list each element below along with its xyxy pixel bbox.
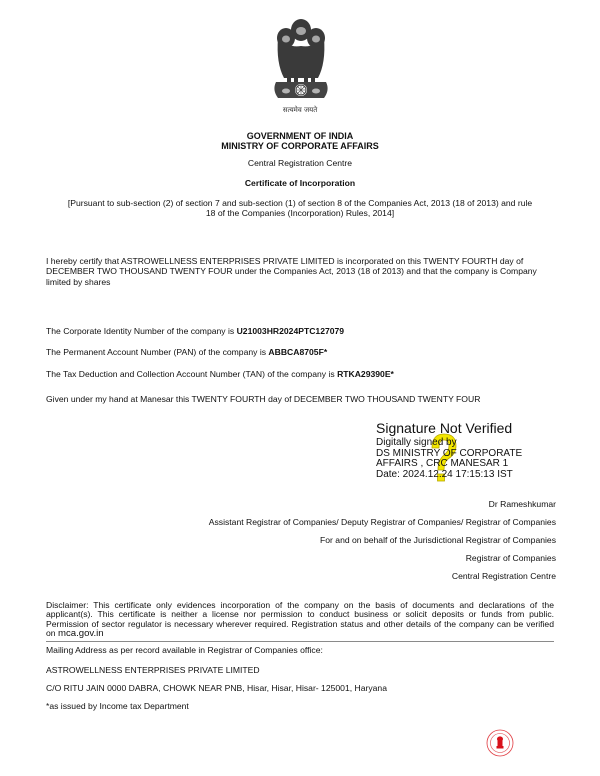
tan-line: The Tax Deduction and Collection Account…: [46, 369, 394, 379]
on-behalf-line: For and on behalf of the Jurisdictional …: [320, 535, 556, 545]
mailing-address-label: Mailing Address as per record available …: [46, 645, 323, 655]
divider: [46, 641, 554, 642]
mailing-company-name: ASTROWELLNESS ENTERPRISES PRIVATE LIMITE…: [46, 665, 260, 675]
signature-status: Signature Not Verified: [376, 420, 556, 436]
pan-line: The Permanent Account Number (PAN) of th…: [46, 347, 327, 357]
footnote: *as issued by Income tax Department: [46, 701, 189, 711]
national-emblem-icon: [270, 8, 332, 112]
mca-seal-icon: [486, 729, 514, 757]
pan-label: The Permanent Account Number (PAN) of th…: [46, 347, 268, 357]
digital-signature-block[interactable]: Signature Not Verified Digitally signed …: [376, 420, 556, 480]
cin-line: The Corporate Identity Number of the com…: [46, 326, 344, 336]
tan-value: RTKA29390E*: [337, 369, 394, 379]
certification-paragraph: I hereby certify that ASTROWELLNESS ENTE…: [46, 256, 556, 287]
disclaimer: Disclaimer: This certificate only eviden…: [46, 601, 554, 639]
tan-label: The Tax Deduction and Collection Account…: [46, 369, 337, 379]
signed-by-label: Digitally signed by: [376, 438, 556, 449]
ministry-title: MINISTRY OF CORPORATE AFFAIRS: [0, 141, 600, 151]
given-under-line: Given under my hand at Manesar this TWEN…: [46, 394, 480, 404]
mailing-address: C/O RITU JAIN 0000 DABRA, CHOWK NEAR PNB…: [46, 683, 387, 693]
pursuant-line-2: 18 of the Companies (Incorporation) Rule…: [0, 208, 600, 218]
mca-link[interactable]: mca.gov.in: [58, 628, 104, 639]
emblem-motto: सत्यमेव जयते: [240, 106, 360, 115]
registration-centre: Central Registration Centre: [0, 158, 600, 168]
signature-date: Date: 2024.12.24 17:15:13 IST: [376, 470, 556, 481]
signatory-name: Dr Rameshkumar: [489, 499, 556, 509]
signer-line-2: AFFAIRS , CRC MANESAR 1: [376, 459, 556, 470]
registrar-office: Registrar of Companies: [466, 553, 556, 563]
pursuant-line-1: [Pursuant to sub-section (2) of section …: [0, 198, 600, 208]
signatory-centre: Central Registration Centre: [452, 571, 556, 581]
government-title: GOVERNMENT OF INDIA: [0, 131, 600, 141]
cin-label: The Corporate Identity Number of the com…: [46, 326, 237, 336]
cin-value: U21003HR2024PTC127079: [237, 326, 345, 336]
pan-value: ABBCA8705F*: [268, 347, 327, 357]
certificate-title: Certificate of Incorporation: [0, 178, 600, 188]
disclaimer-text: Disclaimer: This certificate only eviden…: [46, 600, 554, 638]
signatory-designation: Assistant Registrar of Companies/ Deputy…: [209, 517, 556, 527]
